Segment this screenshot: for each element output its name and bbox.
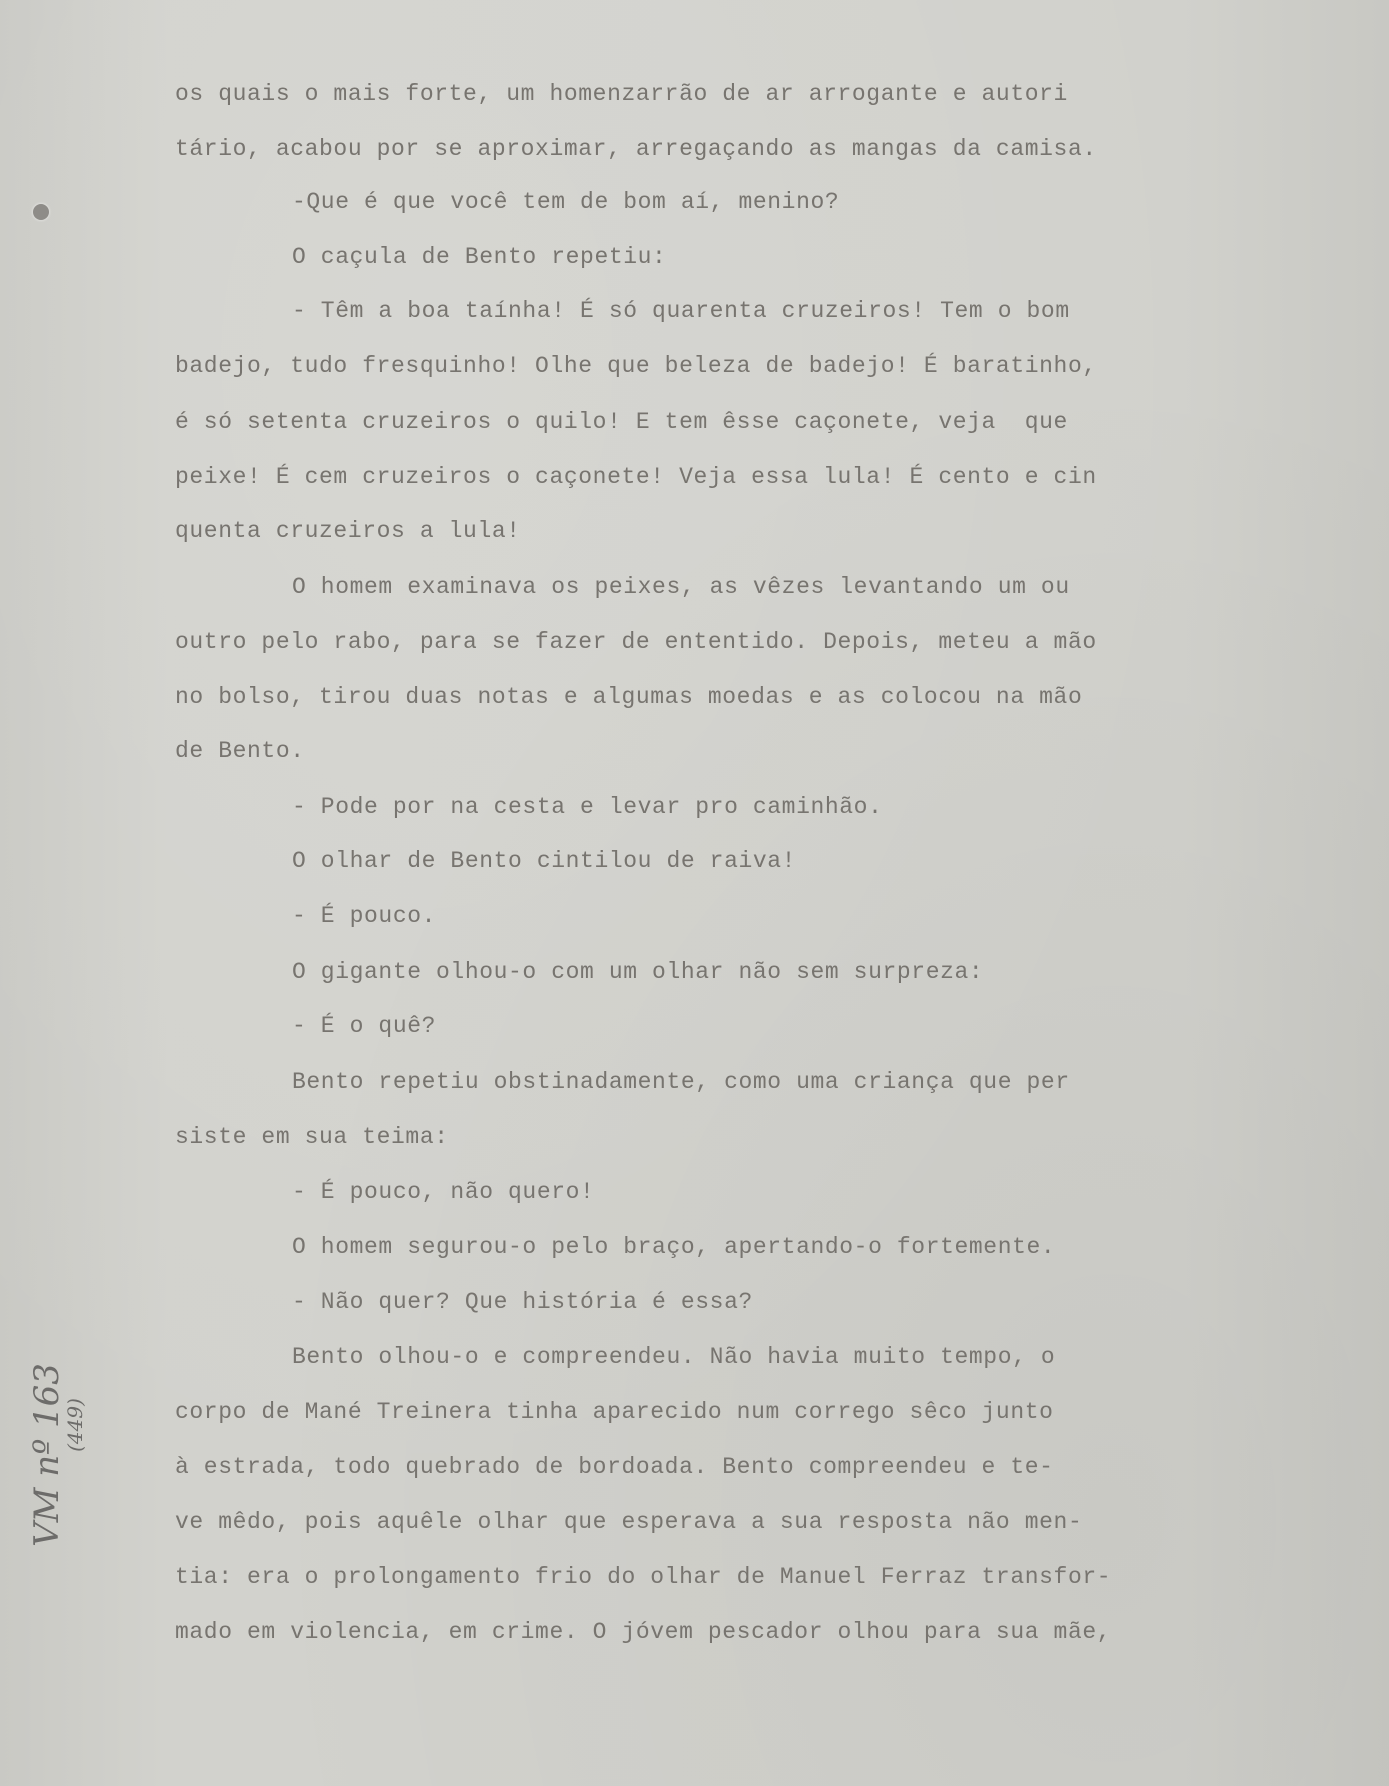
text-line: Bento repetiu obstinadamente, como uma c…	[292, 1068, 1070, 1096]
text-line: - Não quer? Que história é essa?	[292, 1288, 753, 1316]
text-line: é só setenta cruzeiros o quilo! E tem ês…	[175, 408, 1068, 436]
text-line: os quais o mais forte, um homenzarrão de…	[175, 80, 1068, 108]
annotation-page-number: (449)	[64, 1363, 86, 1547]
text-line: - É o quê?	[292, 1012, 436, 1040]
text-line: -Que é que você tem de bom aí, menino?	[292, 188, 839, 216]
text-line: mado em violencia, em crime. O jóvem pes…	[175, 1618, 1111, 1646]
text-line: outro pelo rabo, para se fazer de entent…	[175, 628, 1097, 656]
text-line: Bento olhou-o e compreendeu. Não havia m…	[292, 1343, 1055, 1371]
text-line: peixe! É cem cruzeiros o caçonete! Veja …	[175, 463, 1097, 491]
punch-hole-mark	[33, 204, 49, 220]
text-line: tário, acabou por se aproximar, arregaça…	[175, 135, 1097, 163]
text-line: quenta cruzeiros a lula!	[175, 517, 521, 545]
text-line: O homem examinava os peixes, as vêzes le…	[292, 573, 1070, 601]
text-line: no bolso, tirou duas notas e algumas moe…	[175, 683, 1082, 711]
text-line: badejo, tudo fresquinho! Olhe que beleza…	[175, 352, 1097, 380]
text-line: - É pouco.	[292, 902, 436, 930]
text-line: à estrada, todo quebrado de bordoada. Be…	[175, 1453, 1054, 1481]
text-line: siste em sua teima:	[175, 1123, 449, 1151]
text-line: tia: era o prolongamento frio do olhar d…	[175, 1563, 1111, 1591]
text-line: O caçula de Bento repetiu:	[292, 243, 666, 271]
text-line: - Têm a boa taínha! É só quarenta cruzei…	[292, 297, 1070, 325]
annotation-reference-number: VM nº 163	[30, 1363, 64, 1547]
text-line: O homem segurou-o pelo braço, apertando-…	[292, 1233, 1055, 1261]
margin-annotation: VM nº 163 (449)	[30, 1363, 86, 1547]
text-line: ve mêdo, pois aquêle olhar que esperava …	[175, 1508, 1082, 1536]
text-line: - É pouco, não quero!	[292, 1178, 594, 1206]
text-line: O gigante olhou-o com um olhar não sem s…	[292, 958, 983, 986]
typewritten-page: VM nº 163 (449) os quais o mais forte, u…	[0, 0, 1389, 1786]
text-line: O olhar de Bento cintilou de raiva!	[292, 847, 796, 875]
text-line: de Bento.	[175, 737, 305, 765]
text-line: corpo de Mané Treinera tinha aparecido n…	[175, 1398, 1054, 1426]
text-line: - Pode por na cesta e levar pro caminhão…	[292, 793, 883, 821]
